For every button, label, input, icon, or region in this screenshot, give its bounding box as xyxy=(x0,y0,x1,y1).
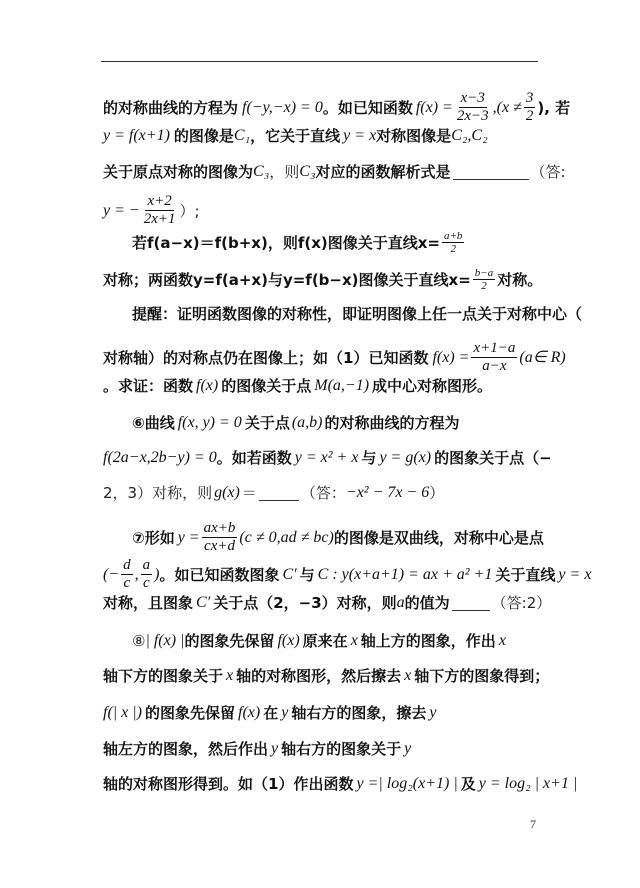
text: 对称。 xyxy=(497,270,542,290)
formula: (− xyxy=(103,565,119,585)
fraction: x+1−a a−x xyxy=(471,340,517,375)
formula: f(−y,−x) = 0 xyxy=(242,98,323,118)
text: ，则 xyxy=(269,162,299,182)
numerator: x−3 xyxy=(459,90,487,108)
text: 的图像是双曲线，对称中心是点 xyxy=(334,528,544,548)
formula: M(a,−1) xyxy=(314,376,369,396)
text-line-10: ⑥曲线 f(x, y) = 0 关于点 (a,b) 的对称曲线的方程为 xyxy=(132,413,460,433)
formula: f(x) xyxy=(196,376,218,396)
numerator: x+1−a xyxy=(471,340,517,358)
text-line-4: y = − x+2 2x+1 ）; xyxy=(103,193,200,228)
text: 对称轴）的对称点仍在图像上；如（1）已知函数 xyxy=(103,348,428,368)
text: 与 xyxy=(300,565,315,585)
text-line-16: ⑧ | f(x) | 的图象先保留 f(x) 原来在 x 轴上方的图象，作出 x xyxy=(132,631,506,651)
answer-blank xyxy=(453,165,529,180)
text: ⑥曲线 xyxy=(132,413,175,433)
fraction: d c xyxy=(121,557,133,592)
formula: f(x) xyxy=(238,703,260,723)
denominator: 2 xyxy=(448,243,458,255)
text: 轴右方的图象关于 xyxy=(281,739,401,759)
text: ), 若 xyxy=(537,98,570,118)
formula: (a,b) xyxy=(292,413,323,433)
formula: C₃ xyxy=(253,162,269,182)
fraction: b−a 2 xyxy=(473,267,495,292)
formula: x xyxy=(499,631,506,651)
fraction: a+b 2 xyxy=(442,230,464,255)
formula: a xyxy=(397,593,405,613)
text: 关于点（2，−3）对称，则 xyxy=(213,593,396,613)
formula: C : y(x+a+1) = ax + a² +1 xyxy=(318,565,493,585)
formula: y = x xyxy=(343,126,376,146)
text: 成中心对称图形。 xyxy=(372,376,492,396)
formula: f(x, y) = 0 xyxy=(178,413,242,433)
text-line-5: 若f(a−x)＝f(b+x)，则f(x)图像关于直线x= a+b 2 xyxy=(132,230,466,255)
formula: y = x xyxy=(558,565,591,585)
text: ⑧ xyxy=(132,631,145,651)
text: 原来在 xyxy=(303,631,348,651)
text: （答: xyxy=(531,162,566,182)
text-line-19: 轴左方的图象，然后作出 y 轴右方的图象关于 y xyxy=(103,739,411,759)
text: ） xyxy=(429,483,444,503)
formula: x xyxy=(351,631,358,651)
formula: C′ xyxy=(282,565,296,585)
denominator: 2 xyxy=(479,280,489,292)
formula: g(x) xyxy=(214,483,240,503)
formula: x xyxy=(226,666,233,686)
formula: f(| x |) xyxy=(103,703,142,723)
text: 轴下方的图象得到； xyxy=(414,666,549,686)
denominator: 2 xyxy=(524,108,536,125)
formula: y = log₂ | x+1 | xyxy=(479,774,578,794)
text: 的值为 xyxy=(405,593,450,613)
text: 的图象关于点（− xyxy=(434,448,552,468)
fraction: 3 2 xyxy=(524,90,536,125)
fraction: x+2 2x+1 xyxy=(142,193,178,228)
text-line-1: 的对称曲线的方程为 f(−y,−x) = 0 。如已知函数 f(x) = x−3… xyxy=(103,90,570,125)
text: 的图像是 xyxy=(174,126,234,146)
denominator: c xyxy=(122,575,133,592)
text: 。如已知函数图象 xyxy=(159,565,279,585)
denominator: a−x xyxy=(480,358,508,375)
text: 对称图像是 xyxy=(376,126,451,146)
text: 2，3）对称，则 xyxy=(103,483,212,503)
formula: y =| log₂(x+1) | xyxy=(356,774,457,794)
text: 轴下方的图象关于 xyxy=(103,666,223,686)
formula: f(2a−x,2b−y) = 0 xyxy=(103,448,217,468)
text-line-20: 轴的对称图形得到。如（1）作出函数 y =| log₂(x+1) | 及 y =… xyxy=(103,774,577,794)
text: 。如若函数 xyxy=(217,448,292,468)
text: 轴的对称图形得到。如（1）作出函数 xyxy=(103,774,353,794)
text-line-6: 对称；两函数y=f(a+x)与y=f(b−x)图像关于直线x= b−a 2 对称… xyxy=(103,267,542,292)
answer-blank xyxy=(452,596,490,611)
numerator: ax+b xyxy=(202,520,238,538)
text: 。求证：函数 xyxy=(103,376,193,396)
formula: C₃ xyxy=(299,162,315,182)
text: 与 xyxy=(361,448,376,468)
denominator: 2x+1 xyxy=(142,211,178,228)
formula: (c ≠ 0,ad ≠ bc) xyxy=(239,528,333,548)
formula: y xyxy=(281,703,288,723)
formula: C₂,C₂ xyxy=(451,126,487,146)
text: 轴上方的图象，作出 xyxy=(361,631,496,651)
formula: (a∈ R) xyxy=(519,348,565,368)
numerator: x+2 xyxy=(145,193,173,211)
text: 轴右方的图象，擦去 xyxy=(291,703,426,723)
reminder-label: 提醒 xyxy=(132,304,162,324)
text: （答： xyxy=(301,483,346,503)
answer-blank xyxy=(259,486,299,501)
text-line-17: 轴下方的图象关于 x 轴的对称图形，然后擦去 x 轴下方的图象得到； xyxy=(103,666,549,686)
formula: f(x) = xyxy=(432,348,469,368)
formula: x xyxy=(404,666,411,686)
text-line-14: (− d c , a c ) 。如已知函数图象 C′ 与 C : y(x+a+1… xyxy=(103,557,591,592)
formula: | f(x) | xyxy=(145,631,184,651)
text-line-8: 对称轴）的对称点仍在图像上；如（1）已知函数 f(x) = x+1−a a−x … xyxy=(103,340,566,375)
formula: C′ xyxy=(196,593,210,613)
text: 关于直线 xyxy=(495,565,555,585)
numerator: b−a xyxy=(473,267,495,280)
numerator: d xyxy=(121,557,133,575)
formula: , xyxy=(135,565,139,585)
text-line-12: 2，3）对称，则 g(x) ＝ （答： −x² − 7x − 6 ） xyxy=(103,483,444,503)
header-rule xyxy=(101,61,538,62)
numerator: a+b xyxy=(442,230,464,243)
text-line-11: f(2a−x,2b−y) = 0 。如若函数 y = x² + x 与 y = … xyxy=(103,448,552,468)
text: 的对称曲线的方程为 xyxy=(103,98,238,118)
text: 轴的对称图形，然后擦去 xyxy=(236,666,401,686)
text: 若f(a−x)＝f(b+x)，则f(x)图像关于直线x= xyxy=(132,233,440,253)
text-line-15: 对称，且图象 C′ 关于点（2，−3）对称，则 a 的值为 （答:2） xyxy=(103,593,551,613)
denominator: cx+d xyxy=(202,538,237,555)
fraction: a c xyxy=(141,557,153,592)
formula: y xyxy=(429,703,436,723)
formula: ,(x ≠ xyxy=(493,98,522,118)
formula: y xyxy=(404,739,411,759)
formula: y = f(x+1) xyxy=(103,126,170,146)
text-line-9: 。求证：函数 f(x) 的图像关于点 M(a,−1) 成中心对称图形。 xyxy=(103,376,492,396)
text: 对称，且图象 xyxy=(103,593,193,613)
formula: y = x² + x xyxy=(295,448,359,468)
text-line-3: 关于原点对称的图像为 C₃ ，则 C₃ 对应的函数解析式是 （答: xyxy=(103,162,566,182)
text: 的图象先保留 xyxy=(184,631,274,651)
text: （答:2） xyxy=(492,593,552,613)
text: ：证明函数图像的对称性，即证明图像上任一点关于对称中心（ xyxy=(162,304,582,324)
text-line-18: f(| x |) 的图象先保留 f(x) 在 y 轴右方的图象，擦去 y xyxy=(103,703,436,723)
denominator: c xyxy=(141,575,152,592)
text: 及 xyxy=(461,774,476,794)
formula: f(x) xyxy=(277,631,299,651)
text: 关于原点对称的图像为 xyxy=(103,162,253,182)
text: 轴左方的图象，然后作出 xyxy=(103,739,268,759)
formula: y = xyxy=(178,528,200,548)
denominator: 2x−3 xyxy=(455,108,491,125)
text: 的图像关于点 xyxy=(221,376,311,396)
numerator: a xyxy=(141,557,153,575)
formula: −x² − 7x − 6 xyxy=(346,483,429,503)
text: ⑦形如 xyxy=(132,528,175,548)
text: 对应的函数解析式是 xyxy=(316,162,451,182)
page-number: 7 xyxy=(530,817,536,832)
text: ）; xyxy=(179,201,199,221)
formula: f(x) = xyxy=(416,98,453,118)
text: 的对称曲线的方程为 xyxy=(324,413,459,433)
text: ，它关于直线 xyxy=(250,126,340,146)
text: 在 xyxy=(263,703,278,723)
formula: C₁ xyxy=(234,126,250,146)
text: 对称；两函数y=f(a+x)与y=f(b−x)图像关于直线x= xyxy=(103,270,471,290)
text-line-7: 提醒 ：证明函数图像的对称性，即证明图像上任一点关于对称中心（ xyxy=(132,304,582,324)
formula: y = − xyxy=(103,201,140,221)
text-line-2: y = f(x+1) 的图像是 C₁ ，它关于直线 y = x 对称图像是 C₂… xyxy=(103,126,488,146)
numerator: 3 xyxy=(524,90,536,108)
text: 的图象先保留 xyxy=(145,703,235,723)
fraction: ax+b cx+d xyxy=(202,520,238,555)
fraction: x−3 2x−3 xyxy=(455,90,491,125)
text-line-13: ⑦形如 y = ax+b cx+d (c ≠ 0,ad ≠ bc) 的图像是双曲… xyxy=(132,520,544,555)
text: 。如已知函数 xyxy=(323,98,413,118)
formula: y xyxy=(271,739,278,759)
text: ＝ xyxy=(242,483,257,503)
text: 关于点 xyxy=(245,413,290,433)
formula: y = g(x) xyxy=(379,448,431,468)
